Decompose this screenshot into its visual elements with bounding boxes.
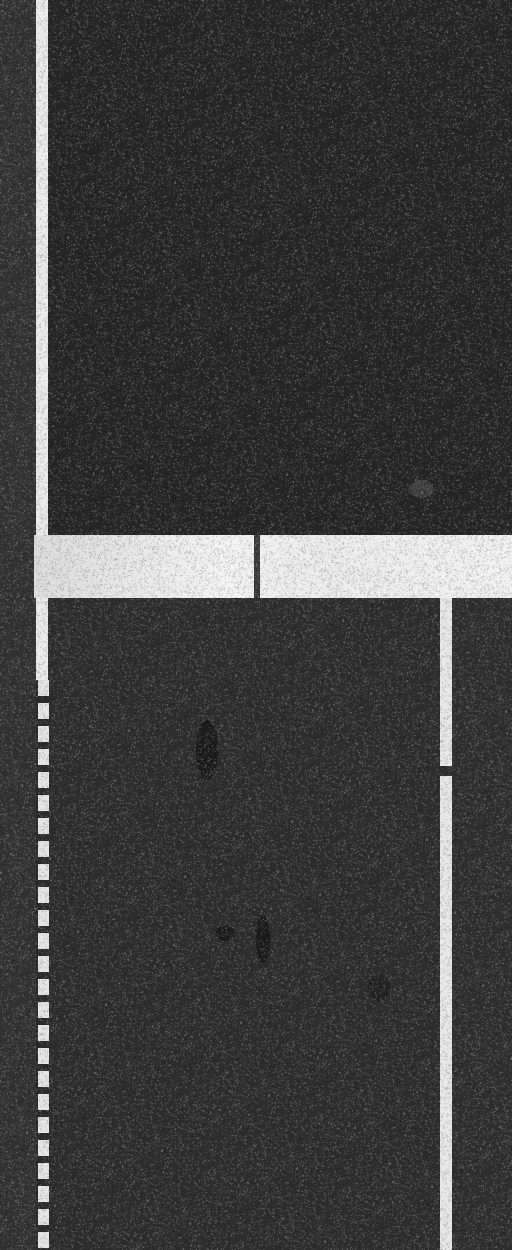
road-scene: [0, 0, 512, 1250]
asphalt-texture: [0, 0, 512, 1250]
